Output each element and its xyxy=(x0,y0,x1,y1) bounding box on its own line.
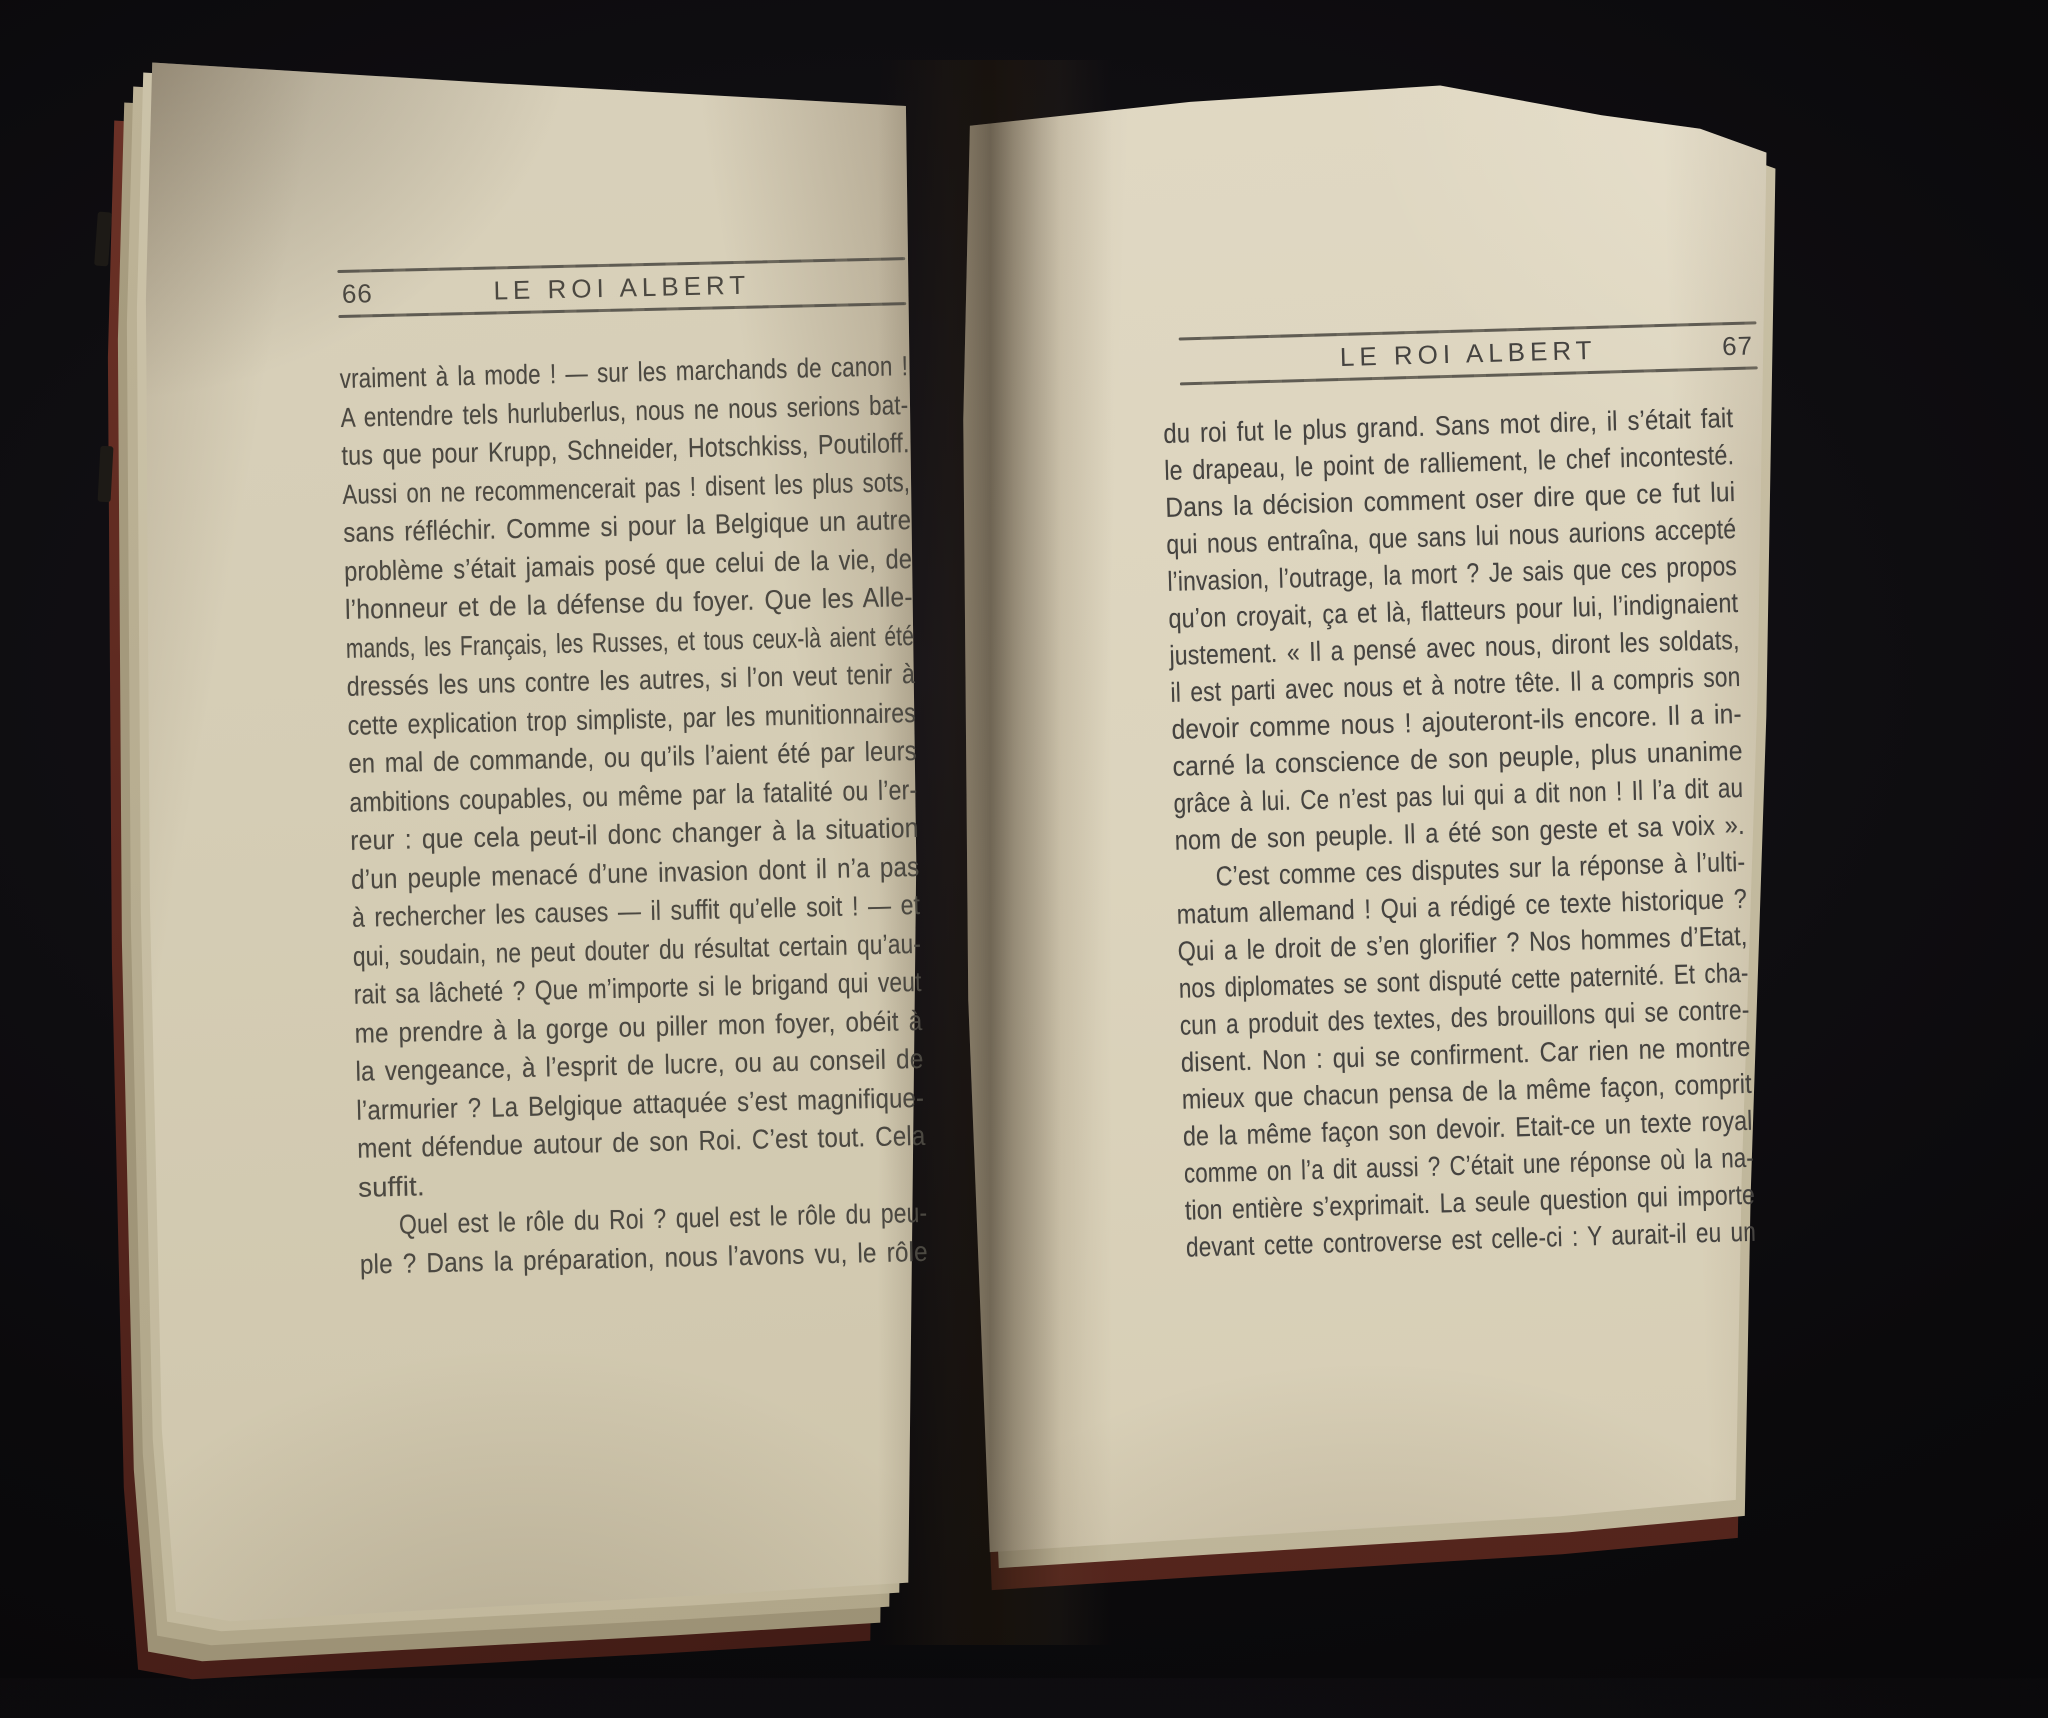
book-photograph: 66 LE ROI ALBERT vraiment à la mode ! — … xyxy=(0,0,2048,1678)
page-body-text: vraiment à la mode ! — sur les marchands… xyxy=(339,347,928,1284)
running-title: LE ROI ALBERT xyxy=(493,269,750,306)
page-body-text: du roi fut le plus grand. Sans mot dire,… xyxy=(1163,399,1757,1266)
page-number: 66 xyxy=(342,278,374,310)
page-number: 67 xyxy=(1722,330,1754,362)
binding-mark xyxy=(94,212,112,267)
running-title: LE ROI ALBERT xyxy=(1339,334,1596,372)
